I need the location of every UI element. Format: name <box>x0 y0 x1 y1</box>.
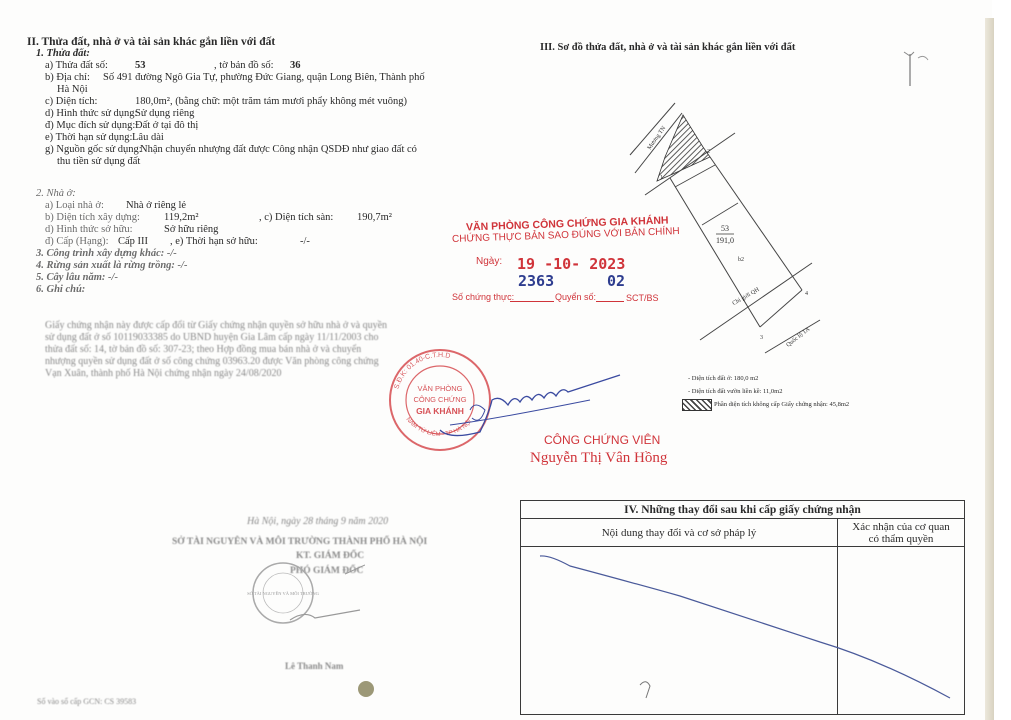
item3-other-works: 3. Công trình xây dựng khác: -/- <box>36 248 177 260</box>
floor-area-label: , c) Diện tích sàn: <box>259 212 333 224</box>
house-type-value: Nhà ở riêng lẻ <box>126 200 186 212</box>
legend-excluded-area: Phần diện tích không cấp Giấy chứng nhận… <box>714 401 849 409</box>
grade-label: đ) Cấp (Hạng): <box>45 236 109 248</box>
note-line-3: thửa đất số: 14, tờ bản đồ số: 307-23; t… <box>45 344 361 356</box>
usage-term-value: Lâu dài <box>132 132 164 144</box>
authority-seal-text: SỞ TÀI NGUYÊN VÀ MÔI TRƯỜNG <box>247 591 320 596</box>
address-label: b) Địa chỉ: <box>45 72 90 84</box>
point-2: 2 <box>707 149 710 155</box>
house-type-label: a) Loại nhà ở: <box>45 200 104 212</box>
note-line-1: Giấy chứng nhận này được cấp đổi từ Giấy… <box>45 320 387 332</box>
cert-number-value: 2363 <box>518 273 554 289</box>
parcel-area: 191,0 <box>716 236 734 245</box>
area-value: 180,0m², (bằng chữ: một trăm tám mươi ph… <box>135 96 407 108</box>
origin-label: g) Nguồn gốc sử dụng: <box>45 144 142 156</box>
usage-form-label: d) Hình thức sử dụng: <box>45 108 137 120</box>
map-sheet-label: , tờ bản đồ số: <box>214 60 274 72</box>
note-line-4: nhượng quyền sử dụng đất ở số công chứng… <box>45 356 379 368</box>
point-1: 1 <box>660 175 663 181</box>
built-area-value: 119,2m² <box>164 212 199 224</box>
north-arrow-icon <box>900 48 940 88</box>
point-4: 4 <box>805 291 808 297</box>
floor-area-value: 190,7m² <box>357 212 392 224</box>
usage-form-value: Sử dụng riêng <box>135 108 194 120</box>
page-edge <box>985 18 994 720</box>
house-heading: 2. Nhà ở: <box>36 188 76 200</box>
authority-seal: SỞ TÀI NGUYÊN VÀ MÔI TRƯỜNG <box>245 560 365 630</box>
usage-purpose-value: Đất ở tại đô thị <box>135 120 198 132</box>
cancel-strike-line <box>520 540 970 715</box>
signer-name: Lê Thanh Nam <box>285 660 343 672</box>
legend-hatch-swatch <box>682 399 712 411</box>
cert-suffix: SCT/BS <box>626 292 659 304</box>
land-number-value: 53 <box>135 60 146 72</box>
notary-name: Nguyễn Thị Vân Hồng <box>530 450 667 467</box>
item6-notes: 6. Ghi chú: <box>36 284 85 296</box>
registry-number: Số vào sổ cấp GCN: CS 39583 <box>37 696 136 708</box>
land-number-label: a) Thửa đất số: <box>45 60 108 72</box>
address-value-line1: Số 491 đường Ngô Gia Tự, phường Đức Gian… <box>103 72 425 84</box>
section2-heading: II. Thửa đất, nhà ở và tài sản khác gắn … <box>27 36 275 48</box>
road-label: Quốc lộ 1A <box>785 325 812 348</box>
section3-heading: III. Sơ đồ thửa đất, nhà ở và tài sản kh… <box>540 42 795 54</box>
hole-punch-mark <box>358 681 374 697</box>
legend-residential-area: - Diện tích đất ở: 180,0 m2 <box>688 375 758 383</box>
origin-value-line1: Nhận chuyển nhượng đất được Công nhận QS… <box>140 144 417 156</box>
note-line-5: Vạn Xuân, thành phố Hà Nội chứng nhận ng… <box>45 368 282 380</box>
land-heading: 1. Thửa đất: <box>36 48 90 60</box>
cert-date-label: Ngày: <box>476 256 502 268</box>
ownership-term-label: , e) Thời hạn sở hữu: <box>170 236 258 248</box>
grade-value: Cấp III <box>118 236 148 248</box>
note-line-2: sử dụng đất ở số 10119033385 do UBND huy… <box>45 332 378 344</box>
point-3: 3 <box>760 335 763 341</box>
parcel-number: 53 <box>721 224 729 233</box>
address-value-line2: Hà Nội <box>57 84 88 96</box>
cert-book-value: 02 <box>607 273 625 289</box>
map-sheet-value: 36 <box>290 60 301 72</box>
ownership-form-label: d) Hình thức sở hữu: <box>45 224 133 236</box>
origin-value-line2: thu tiền sử dụng đất <box>57 156 140 168</box>
ownership-form-value: Sở hữu riêng <box>164 224 218 236</box>
usage-term-label: e) Thời hạn sử dụng: <box>45 132 132 144</box>
item5-perennial: 5. Cây lâu năm: -/- <box>36 272 118 284</box>
legend-garden-area: - Diện tích đất vườn liền kề: 11,0m2 <box>688 388 782 396</box>
issuing-authority: SỞ TÀI NGUYÊN VÀ MÔI TRƯỜNG THÀNH PHỐ HÀ… <box>172 536 427 548</box>
cert-date-value: 19 -10- 2023 <box>517 256 625 272</box>
parcel-code: b2 <box>738 257 744 263</box>
section4-heading: IV. Những thay đổi sau khi cấp giấy chứn… <box>521 501 965 519</box>
canal-label: Mương TN <box>647 125 668 151</box>
item4-forest: 4. Rừng sản xuất là rừng trồng: -/- <box>36 260 187 272</box>
cert-book-label: Quyển số: <box>555 291 596 303</box>
ownership-term-value: -/- <box>300 236 310 248</box>
notary-title: CÔNG CHỨNG VIÊN <box>544 433 660 447</box>
built-area-label: b) Diện tích xây dựng: <box>45 212 140 224</box>
cert-number-label: Số chứng thực: <box>452 291 514 303</box>
area-label: c) Diện tích: <box>45 96 97 108</box>
issue-date: Hà Nội, ngày 28 tháng 9 năm 2020 <box>247 516 388 528</box>
usage-purpose-label: đ) Mục đích sử dụng: <box>45 120 135 132</box>
